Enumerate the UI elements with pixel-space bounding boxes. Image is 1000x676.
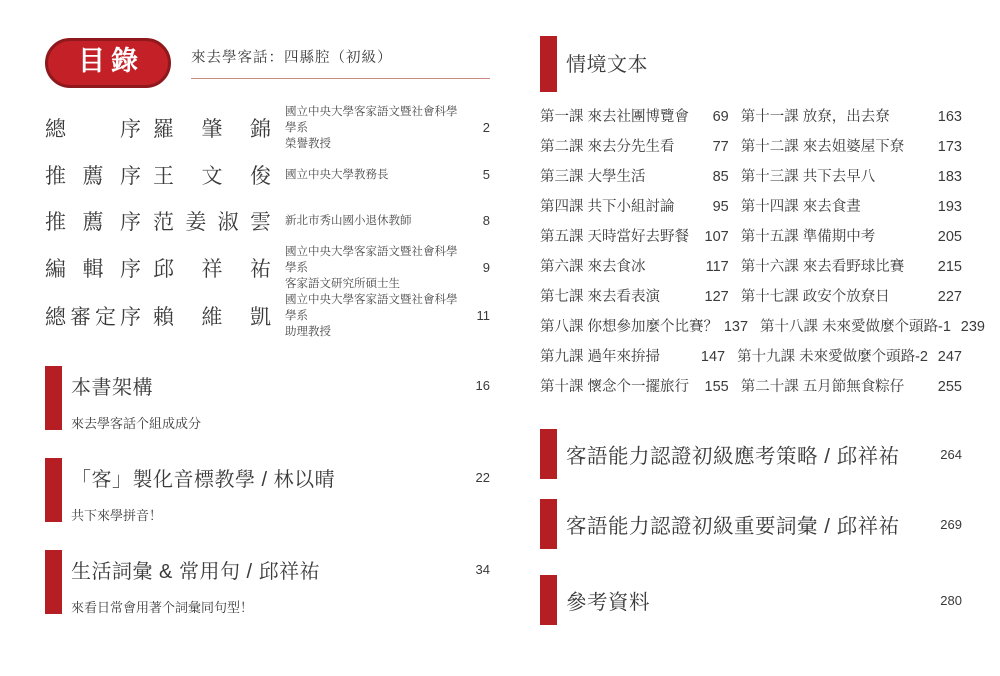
section-book-structure: 本書架構 16 來去學客話个組成成分 (45, 366, 490, 432)
left-column: 目錄 來去學客話：四縣腔（初級） 總序 羅肇錦 國立中央大學客家語文暨社會科學學… (45, 38, 490, 616)
preface-role: 編輯序 (45, 253, 141, 283)
preface-role: 推薦序 (45, 206, 141, 236)
lesson-title: 第四課 共下小組討論 (540, 195, 699, 216)
page-number: 9 (460, 260, 490, 275)
lesson-title: 第二課 來去分先生看 (540, 135, 699, 156)
red-bar-marker (45, 458, 62, 522)
toc-badge: 目錄 (45, 38, 171, 88)
page-number: 155 (699, 379, 729, 395)
lesson-title: 第六課 來去食冰 (540, 255, 699, 276)
lesson-title: 第七課 來去看表演 (540, 285, 699, 306)
preface-role: 總審定序 (45, 301, 141, 331)
lesson-row: 第八課 你想參加麼个比賽？137 第十八課 未來愛做麼个頭路-1239 (540, 315, 962, 345)
page-number: 227 (928, 289, 962, 305)
page-number: 183 (928, 169, 962, 185)
affiliation-line-2: 助理教授 (285, 326, 331, 338)
front-matter-list: 總序 羅肇錦 國立中央大學客家語文暨社會科學學系 榮譽教授 2 推薦序 王文俊 … (45, 104, 490, 340)
page-header: 目錄 來去學客話：四縣腔（初級） (45, 38, 490, 88)
preface-author: 范姜淑雲 (153, 206, 271, 236)
lesson-title: 第十七課 政安个放尞日 (741, 285, 928, 306)
lesson-title: 第十課 懷念个一擺旅行 (540, 375, 699, 396)
page-number: 127 (699, 289, 729, 305)
lesson-row: 第一課 來去社團博覽會69 第十一課 放尞，出去尞163 (540, 105, 962, 135)
section-subtitle: 共下來學拼音！ (71, 505, 490, 524)
preface-author: 賴維凱 (153, 301, 271, 331)
lesson-table: 第一課 來去社團博覽會69 第十一課 放尞，出去尞163 第二課 來去分先生看7… (540, 105, 962, 405)
lesson-title: 第十四課 來去食晝 (741, 195, 928, 216)
section-body: 情境文本 (557, 36, 962, 92)
page-number: 5 (460, 167, 490, 182)
page-number: 264 (926, 447, 962, 462)
red-bar-marker (540, 499, 557, 549)
preface-role: 總序 (45, 113, 141, 143)
lesson-title: 第二十課 五月節無食粽仔 (741, 375, 928, 396)
lesson-title: 第一課 來去社團博覽會 (540, 105, 699, 126)
section-body: 生活詞彙 & 常用句 / 邱祥祐 34 來看日常會用著个詞彙同句型！ (62, 550, 490, 616)
front-matter-row: 推薦序 王文俊 國立中央大學教務長 5 (45, 152, 490, 198)
page-number: 247 (928, 349, 962, 365)
lesson-title: 第九課 過年來拚掃 (540, 345, 695, 366)
front-matter-row: 推薦序 范姜淑雲 新北市秀山國小退休教師 8 (45, 198, 490, 244)
lesson-title: 第五課 天時當好去野餐 (540, 225, 699, 246)
book-title: 來去學客話：四縣腔（初級） (191, 46, 490, 79)
affiliation-line-1: 國立中央大學教務長 (285, 169, 389, 181)
section-title: 參考資料 (566, 585, 926, 615)
affiliation-line-1: 國立中央大學客家語文暨社會科學學系 (285, 246, 458, 274)
lesson-title: 第八課 你想參加麼个比賽？ (540, 315, 718, 336)
section-body: 參考資料 280 (557, 585, 962, 615)
lesson-title: 第十八課 未來愛做麼个頭路-1 (760, 315, 951, 336)
affiliation-line-2: 榮譽教授 (285, 138, 331, 150)
page-number: 22 (454, 470, 490, 485)
lesson-title: 第三課 大學生活 (540, 165, 699, 186)
page-number: 147 (695, 349, 725, 365)
preface-affiliation: 國立中央大學客家語文暨社會科學學系 客家語文研究所碩士生 (285, 244, 460, 292)
lesson-title: 第十五課 準備期中考 (741, 225, 928, 246)
section-title: 「客」製化音標教學 / 林以晴 (71, 463, 454, 492)
red-bar-marker (45, 366, 62, 430)
preface-affiliation: 國立中央大學客家語文暨社會科學學系 榮譽教授 (285, 104, 460, 152)
lesson-row: 第九課 過年來拚掃147 第十九課 未來愛做麼个頭路-2247 (540, 345, 962, 375)
page-number: 280 (926, 593, 962, 608)
section-body: 客語能力認證初級重要詞彙 / 邱祥祐 269 (557, 509, 962, 539)
affiliation-line-2: 客家語文研究所碩士生 (285, 278, 400, 290)
lesson-title: 第十三課 共下去早八 (741, 165, 928, 186)
preface-affiliation: 新北市秀山國小退休教師 (285, 213, 460, 229)
lesson-title: 第十六課 來去看野球比賽 (741, 255, 928, 276)
red-bar-marker (540, 575, 557, 625)
lesson-title: 第十一課 放尞，出去尞 (741, 105, 928, 126)
section-title: 客語能力認證初級應考策略 / 邱祥祐 (566, 439, 926, 469)
page-number: 215 (928, 259, 962, 275)
lesson-row: 第七課 來去看表演127 第十七課 政安个放尞日227 (540, 285, 962, 315)
page-number: 117 (699, 259, 729, 275)
right-column: 情境文本 第一課 來去社團博覽會69 第十一課 放尞，出去尞163 第二課 來去… (540, 36, 962, 625)
section-body: 本書架構 16 來去學客話个組成成分 (62, 366, 490, 432)
page-number: 8 (460, 213, 490, 228)
section-title: 生活詞彙 & 常用句 / 邱祥祐 (71, 555, 454, 584)
page-number: 205 (928, 229, 962, 245)
front-matter-row: 編輯序 邱祥祐 國立中央大學客家語文暨社會科學學系 客家語文研究所碩士生 9 (45, 244, 490, 292)
section-certification-vocabulary: 客語能力認證初級重要詞彙 / 邱祥祐 269 (540, 499, 962, 549)
lesson-row: 第二課 來去分先生看77 第十二課 來去姐婆屋下尞173 (540, 135, 962, 165)
section-daily-vocabulary: 生活詞彙 & 常用句 / 邱祥祐 34 來看日常會用著个詞彙同句型！ (45, 550, 490, 616)
front-matter-row: 總序 羅肇錦 國立中央大學客家語文暨社會科學學系 榮譽教授 2 (45, 104, 490, 152)
page-number: 193 (928, 199, 962, 215)
red-bar-marker (45, 550, 62, 614)
red-bar-marker (540, 429, 557, 479)
page-number: 2 (460, 120, 490, 135)
toc-page: 目錄 來去學客話：四縣腔（初級） 總序 羅肇錦 國立中央大學客家語文暨社會科學學… (0, 0, 1000, 676)
lesson-row: 第六課 來去食冰117 第十六課 來去看野球比賽215 (540, 255, 962, 285)
preface-affiliation: 國立中央大學教務長 (285, 167, 460, 183)
preface-role: 推薦序 (45, 160, 141, 190)
right-sections: 客語能力認證初級應考策略 / 邱祥祐 264 客語能力認證初級重要詞彙 / 邱祥… (540, 429, 962, 625)
page-number: 173 (928, 139, 962, 155)
page-number: 255 (928, 379, 962, 395)
page-number: 16 (454, 378, 490, 393)
preface-author: 羅肇錦 (153, 113, 271, 143)
page-number: 107 (699, 229, 729, 245)
lesson-row: 第十課 懷念个一擺旅行155 第二十課 五月節無食粽仔255 (540, 375, 962, 405)
front-matter-row: 總審定序 賴維凱 國立中央大學客家語文暨社會科學學系 助理教授 11 (45, 292, 490, 340)
lesson-row: 第五課 天時當好去野餐107 第十五課 準備期中考205 (540, 225, 962, 255)
red-bar-marker (540, 36, 557, 92)
section-title: 本書架構 (71, 371, 454, 400)
lesson-title: 第十二課 來去姐婆屋下尞 (741, 135, 928, 156)
section-title: 情境文本 (566, 48, 962, 77)
section-subtitle: 來去學客話个組成成分 (71, 413, 490, 432)
preface-affiliation: 國立中央大學客家語文暨社會科學學系 助理教授 (285, 292, 460, 340)
section-body: 「客」製化音標教學 / 林以晴 22 共下來學拼音！ (62, 458, 490, 524)
preface-author: 王文俊 (153, 160, 271, 190)
section-body: 客語能力認證初級應考策略 / 邱祥祐 264 (557, 439, 962, 469)
section-references: 參考資料 280 (540, 575, 962, 625)
affiliation-line-1: 新北市秀山國小退休教師 (285, 215, 412, 227)
page-number: 34 (454, 562, 490, 577)
affiliation-line-1: 國立中央大學客家語文暨社會科學學系 (285, 106, 458, 134)
book-title-wrap: 來去學客話：四縣腔（初級） (191, 38, 490, 79)
page-number: 269 (926, 517, 962, 532)
page-number: 137 (718, 319, 748, 335)
page-number: 85 (699, 169, 729, 185)
page-number: 95 (699, 199, 729, 215)
page-number: 163 (928, 109, 962, 125)
page-number: 11 (460, 308, 490, 323)
preface-author: 邱祥祐 (153, 253, 271, 283)
affiliation-line-1: 國立中央大學客家語文暨社會科學學系 (285, 294, 458, 322)
section-situational-texts: 情境文本 (540, 36, 962, 92)
page-number: 77 (699, 139, 729, 155)
section-certification-strategy: 客語能力認證初級應考策略 / 邱祥祐 264 (540, 429, 962, 479)
section-phonetics-teaching: 「客」製化音標教學 / 林以晴 22 共下來學拼音！ (45, 458, 490, 524)
lesson-row: 第四課 共下小組討論95 第十四課 來去食晝193 (540, 195, 962, 225)
lesson-title: 第十九課 未來愛做麼个頭路-2 (737, 345, 928, 366)
lesson-row: 第三課 大學生活85 第十三課 共下去早八183 (540, 165, 962, 195)
page-number: 239 (951, 319, 985, 335)
section-subtitle: 來看日常會用著个詞彙同句型！ (71, 597, 490, 616)
page-number: 69 (699, 109, 729, 125)
section-title: 客語能力認證初級重要詞彙 / 邱祥祐 (566, 509, 926, 539)
